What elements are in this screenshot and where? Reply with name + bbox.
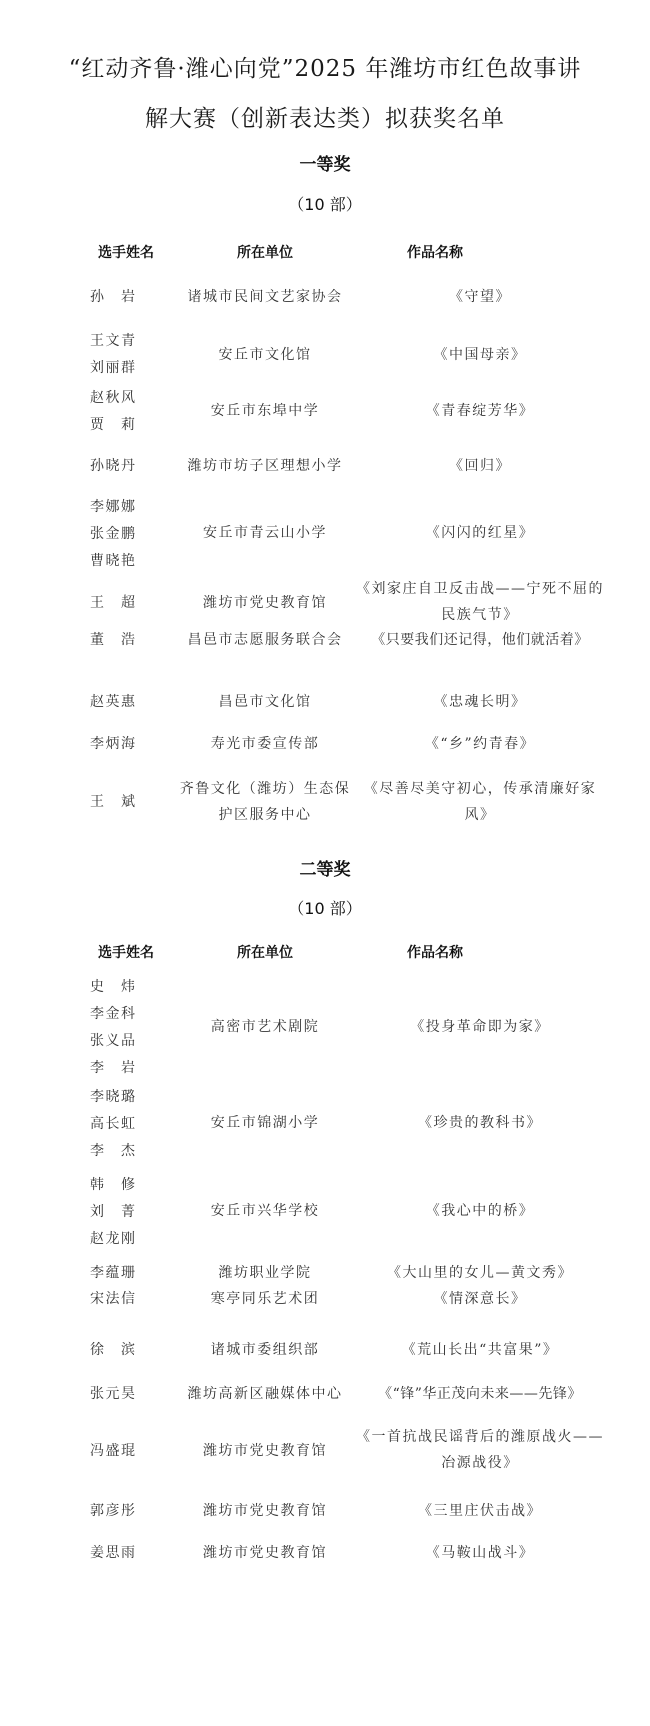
organization: 诸城市委组织部: [170, 1337, 360, 1363]
organization: 昌邑市文化馆: [170, 689, 360, 715]
participant-name: 孙晓丹: [90, 453, 162, 480]
participant-name: 李 岩: [90, 1055, 162, 1082]
participant-name: 孙 岩: [90, 284, 162, 311]
participant-names: 孙 岩: [90, 284, 162, 311]
participant-names: 姜思雨: [90, 1540, 162, 1567]
organization: 安丘市文化馆: [170, 342, 360, 368]
participant-names: 张元昊: [90, 1381, 162, 1408]
organization: 潍坊高新区融媒体中心: [170, 1381, 360, 1407]
participant-name: 王 斌: [90, 789, 162, 816]
organization: 安丘市兴华学校: [170, 1198, 360, 1224]
column-header-unit: 所在单位: [210, 242, 320, 262]
participant-name: 王文青: [90, 328, 162, 355]
participant-name: 韩 修: [90, 1172, 162, 1199]
work-title: 《回归》: [355, 453, 605, 479]
organization: 诸城市民间文艺家协会: [170, 284, 360, 310]
organization: 潍坊市党史教育馆: [170, 590, 360, 616]
organization: 潍坊市党史教育馆: [170, 1498, 360, 1524]
participant-name: 李炳海: [90, 731, 162, 758]
participant-name: 冯盛琨: [90, 1438, 162, 1465]
organization: 齐鲁文化（潍坊）生态保护区服务中心: [175, 776, 355, 828]
organization: 安丘市锦湖小学: [170, 1110, 360, 1136]
participant-names: 孙晓丹: [90, 453, 162, 480]
work-title: 《只要我们还记得，他们就活着》: [355, 627, 605, 653]
participant-names: 赵英惠: [90, 689, 162, 716]
organization: 昌邑市志愿服务联合会: [170, 627, 360, 653]
participant-name: 李蕴珊: [90, 1260, 162, 1287]
column-header-name: 选手姓名: [84, 942, 168, 962]
organization: 高密市艺术剧院: [170, 1014, 360, 1040]
document-title-line-1: “红动齐鲁·潍心向党”2025 年潍坊市红色故事讲: [0, 50, 650, 83]
participant-names: 徐 滨: [90, 1337, 162, 1364]
organization: 安丘市东埠中学: [170, 398, 360, 424]
organization: 潍坊市党史教育馆: [170, 1438, 360, 1464]
participant-name: 高长虹: [90, 1111, 162, 1138]
participant-names: 李娜娜 张金鹏 曹晓艳: [90, 494, 162, 575]
work-title: 《忠魂长明》: [355, 689, 605, 715]
participant-names: 韩 修 刘 菁 赵龙刚: [90, 1172, 162, 1253]
participant-name: 张金鹏: [90, 521, 162, 548]
participant-names: 郭彦彤: [90, 1498, 162, 1525]
work-title: 《投身革命即为家》: [355, 1014, 605, 1040]
second-prize-heading: 二等奖: [0, 855, 650, 880]
work-title: 《大山里的女儿—黄文秀》: [355, 1260, 605, 1286]
participant-name: 史 炜: [90, 974, 162, 1001]
participant-name: 刘 菁: [90, 1199, 162, 1226]
first-prize-heading: 一等奖: [0, 150, 650, 175]
participant-name: 宋法信: [90, 1286, 162, 1313]
participant-names: 王文青 刘丽群: [90, 328, 162, 382]
participant-names: 李晓璐 高长虹 李 杰: [90, 1084, 162, 1165]
participant-name: 张元昊: [90, 1381, 162, 1408]
work-title: 《我心中的桥》: [355, 1198, 605, 1224]
participant-name: 李晓璐: [90, 1084, 162, 1111]
work-title: 《珍贵的教科书》: [355, 1110, 605, 1136]
work-title: 《中国母亲》: [355, 342, 605, 368]
participant-name: 李娜娜: [90, 494, 162, 521]
work-title: 《三里庄伏击战》: [355, 1498, 605, 1524]
organization: 寿光市委宣传部: [170, 731, 360, 757]
participant-name: 张义品: [90, 1028, 162, 1055]
organization: 安丘市青云山小学: [170, 520, 360, 546]
work-title: 《荒山长出“共富果”》: [355, 1337, 605, 1363]
participant-names: 王 斌: [90, 789, 162, 816]
first-prize-count: （10 部）: [0, 192, 650, 215]
work-title: 《“乡”约青春》: [355, 731, 605, 757]
organization: 寒亭同乐艺术团: [170, 1286, 360, 1312]
work-title: 《守望》: [355, 284, 605, 310]
participant-name: 徐 滨: [90, 1337, 162, 1364]
participant-names: 李蕴珊: [90, 1260, 162, 1287]
participant-names: 宋法信: [90, 1286, 162, 1313]
participant-name: 刘丽群: [90, 355, 162, 382]
participant-name: 曹晓艳: [90, 548, 162, 575]
work-title: 《马鞍山战斗》: [355, 1540, 605, 1566]
column-header-unit: 所在单位: [210, 942, 320, 962]
work-title: 《尽善尽美守初心，传承清廉好家风》: [355, 776, 605, 828]
organization: 潍坊市党史教育馆: [170, 1540, 360, 1566]
organization: 潍坊职业学院: [170, 1260, 360, 1286]
column-header-name: 选手姓名: [84, 242, 168, 262]
participant-name: 赵英惠: [90, 689, 162, 716]
participant-names: 董 浩: [90, 627, 162, 654]
participant-name: 姜思雨: [90, 1540, 162, 1567]
organization: 潍坊市坊子区理想小学: [170, 453, 360, 479]
participant-name: 贾 莉: [90, 412, 162, 439]
participant-names: 史 炜 李金科 张义品 李 岩: [90, 974, 162, 1082]
work-title: 《青春绽芳华》: [355, 398, 605, 424]
participant-names: 冯盛琨: [90, 1438, 162, 1465]
participant-name: 李 杰: [90, 1138, 162, 1165]
participant-name: 郭彦彤: [90, 1498, 162, 1525]
participant-names: 王 超: [90, 590, 162, 617]
participant-name: 李金科: [90, 1001, 162, 1028]
participant-name: 赵龙刚: [90, 1226, 162, 1253]
column-header-work: 作品名称: [380, 942, 490, 962]
column-header-work: 作品名称: [380, 242, 490, 262]
participant-names: 李炳海: [90, 731, 162, 758]
second-prize-count: （10 部）: [0, 896, 650, 919]
work-title: 《刘家庄自卫反击战——宁死不屈的民族气节》: [355, 576, 605, 628]
work-title: 《一首抗战民谣背后的潍原战火——冶源战役》: [355, 1424, 605, 1476]
participant-name: 王 超: [90, 590, 162, 617]
document-title-line-2: 解大赛（创新表达类）拟获奖名单: [0, 100, 650, 133]
work-title: 《情深意长》: [355, 1286, 605, 1312]
participant-names: 赵秋风 贾 莉: [90, 385, 162, 439]
participant-name: 赵秋风: [90, 385, 162, 412]
participant-name: 董 浩: [90, 627, 162, 654]
work-title: 《闪闪的红星》: [355, 520, 605, 546]
work-title: 《“锋”华正茂向未来——先锋》: [355, 1381, 605, 1407]
